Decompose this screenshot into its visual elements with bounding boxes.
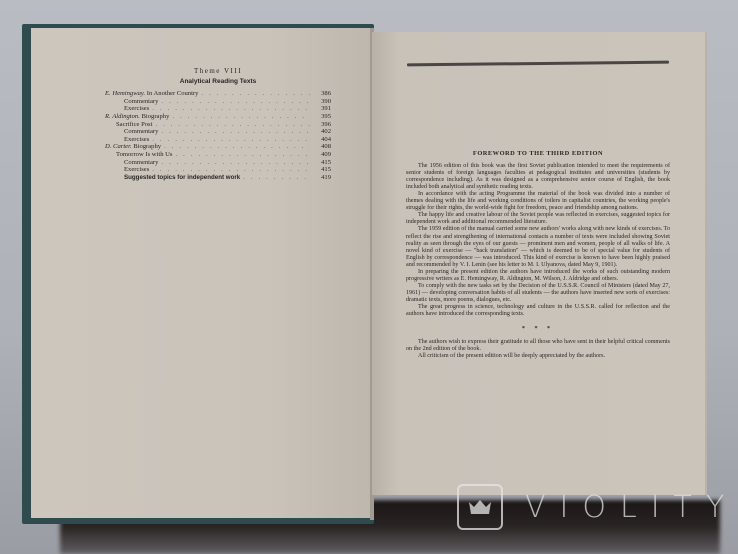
toc-entry: Exercises...............................… <box>105 136 331 144</box>
crown-icon <box>457 484 503 530</box>
toc-page-number: 409 <box>313 151 331 159</box>
foreword-paragraph: The 1959 edition of the manual carried s… <box>406 226 670 268</box>
toc-leader-dots: ........................................ <box>164 143 310 151</box>
toc-page-number: 386 <box>313 90 331 98</box>
toc-page-number: 419 <box>313 174 331 182</box>
toc-entry-title: Exercises <box>124 136 149 143</box>
toc-entry-title: Tomorrow Is with Us <box>116 151 173 158</box>
toc-entry-title: Commentary <box>124 159 158 166</box>
foreword-body: The 1956 edition of this book was the fi… <box>406 163 670 318</box>
toc-entry: Exercises...............................… <box>105 166 331 174</box>
toc-entry-title: Commentary <box>124 98 158 105</box>
foreword-paragraph: The great progress in science, technolog… <box>406 304 670 318</box>
toc-entry: Sacrifice Post..........................… <box>105 121 331 129</box>
toc-entry: Tomorrow Is with Us.....................… <box>105 151 331 159</box>
foreword-paragraph: To comply with the new tasks set by the … <box>406 283 670 304</box>
toc-leader-dots: ........................................ <box>201 90 310 98</box>
toc-entry-title: Sacrifice Post <box>116 121 152 128</box>
toc-entry: Suggested topics for independent work...… <box>105 174 331 182</box>
foreword: FOREWORD TO THE THIRD EDITION The 1956 e… <box>406 150 670 360</box>
toc-leader-dots: ........................................ <box>161 98 310 106</box>
foreword-paragraph: The 1956 edition of this book was the fi… <box>406 163 670 191</box>
toc-page-number: 395 <box>313 113 331 121</box>
toc-entry-label: Commentary <box>105 98 158 106</box>
toc-entry: Commentary..............................… <box>105 128 331 136</box>
toc-page-number: 390 <box>313 98 331 106</box>
toc-entry-author: R. Aldington. <box>105 113 140 120</box>
foreword-paragraph: In preparing the present edition the aut… <box>406 269 670 283</box>
foreword-paragraph: The happy life and creative labour of th… <box>406 212 670 226</box>
foreword-heading: FOREWORD TO THE THIRD EDITION <box>406 150 670 157</box>
foreword-paragraph: In accordance with the acting Programme … <box>406 191 670 212</box>
toc-leader-dots: ........................................ <box>152 105 310 113</box>
toc-entry-title: Commentary <box>124 128 158 135</box>
toc-entry-title: Exercises <box>124 105 149 112</box>
toc-entry-title: In Another Country <box>147 90 199 97</box>
toc-entries: E. Hemingway. In Another Country........… <box>105 90 331 181</box>
table-of-contents: Theme VIII Analytical Reading Texts E. H… <box>105 68 331 181</box>
watermark-text: VIOLITY <box>525 490 738 525</box>
toc-entry-label: Exercises <box>105 105 149 113</box>
toc-page-number: 404 <box>313 136 331 144</box>
toc-leader-dots: ........................................ <box>243 174 310 182</box>
toc-leader-dots: ........................................ <box>152 166 310 174</box>
toc-entry: D. Carter. Biography....................… <box>105 143 331 151</box>
toc-entry-title: Suggested topics for independent work <box>124 174 240 181</box>
toc-entry-label: D. Carter. Biography <box>105 143 161 151</box>
toc-entry-label: Commentary <box>105 128 158 136</box>
toc-entry: Exercises...............................… <box>105 105 331 113</box>
violity-watermark: VIOLITY <box>457 484 738 530</box>
toc-entry-label: Tomorrow Is with Us <box>105 151 173 159</box>
section-separator: * * * <box>406 326 670 333</box>
toc-page-number: 391 <box>313 105 331 113</box>
toc-entry-label: R. Aldington. Biography <box>105 113 169 121</box>
closing-paragraph: The authors wish to express their gratit… <box>406 339 670 353</box>
toc-page-number: 415 <box>313 159 331 167</box>
toc-entry-author: E. Hemingway. <box>105 90 145 97</box>
toc-entry-label: Exercises <box>105 136 149 144</box>
toc-leader-dots: ........................................ <box>172 113 310 121</box>
toc-leader-dots: ........................................ <box>155 121 310 129</box>
toc-entry: R. Aldington. Biography.................… <box>105 113 331 121</box>
toc-page-number: 396 <box>313 121 331 129</box>
toc-leader-dots: ........................................ <box>152 136 310 144</box>
toc-leader-dots: ........................................ <box>161 128 310 136</box>
toc-page-number: 415 <box>313 166 331 174</box>
toc-leader-dots: ........................................ <box>176 151 311 159</box>
toc-entry-label: Commentary <box>105 159 158 167</box>
toc-entry-title: Biography <box>133 143 161 150</box>
toc-entry: Commentary..............................… <box>105 159 331 167</box>
toc-section-title: Analytical Reading Texts <box>105 78 331 86</box>
toc-leader-dots: ........................................ <box>161 159 310 167</box>
toc-entry-title: Biography <box>142 113 170 120</box>
toc-entry-label: Suggested topics for independent work <box>105 174 240 182</box>
toc-page-number: 408 <box>313 143 331 151</box>
foreword-closing: The authors wish to express their gratit… <box>406 339 670 360</box>
toc-page-number: 402 <box>313 128 331 136</box>
toc-entry: E. Hemingway. In Another Country........… <box>105 90 331 98</box>
toc-entry: Commentary..............................… <box>105 98 331 106</box>
toc-theme-heading: Theme VIII <box>105 68 331 76</box>
toc-entry-label: E. Hemingway. In Another Country <box>105 90 198 98</box>
toc-entry-title: Exercises <box>124 166 149 173</box>
toc-entry-author: D. Carter. <box>105 143 132 150</box>
toc-entry-label: Sacrifice Post <box>105 121 152 129</box>
toc-entry-label: Exercises <box>105 166 149 174</box>
closing-paragraph: All criticism of the present edition wil… <box>406 353 670 360</box>
